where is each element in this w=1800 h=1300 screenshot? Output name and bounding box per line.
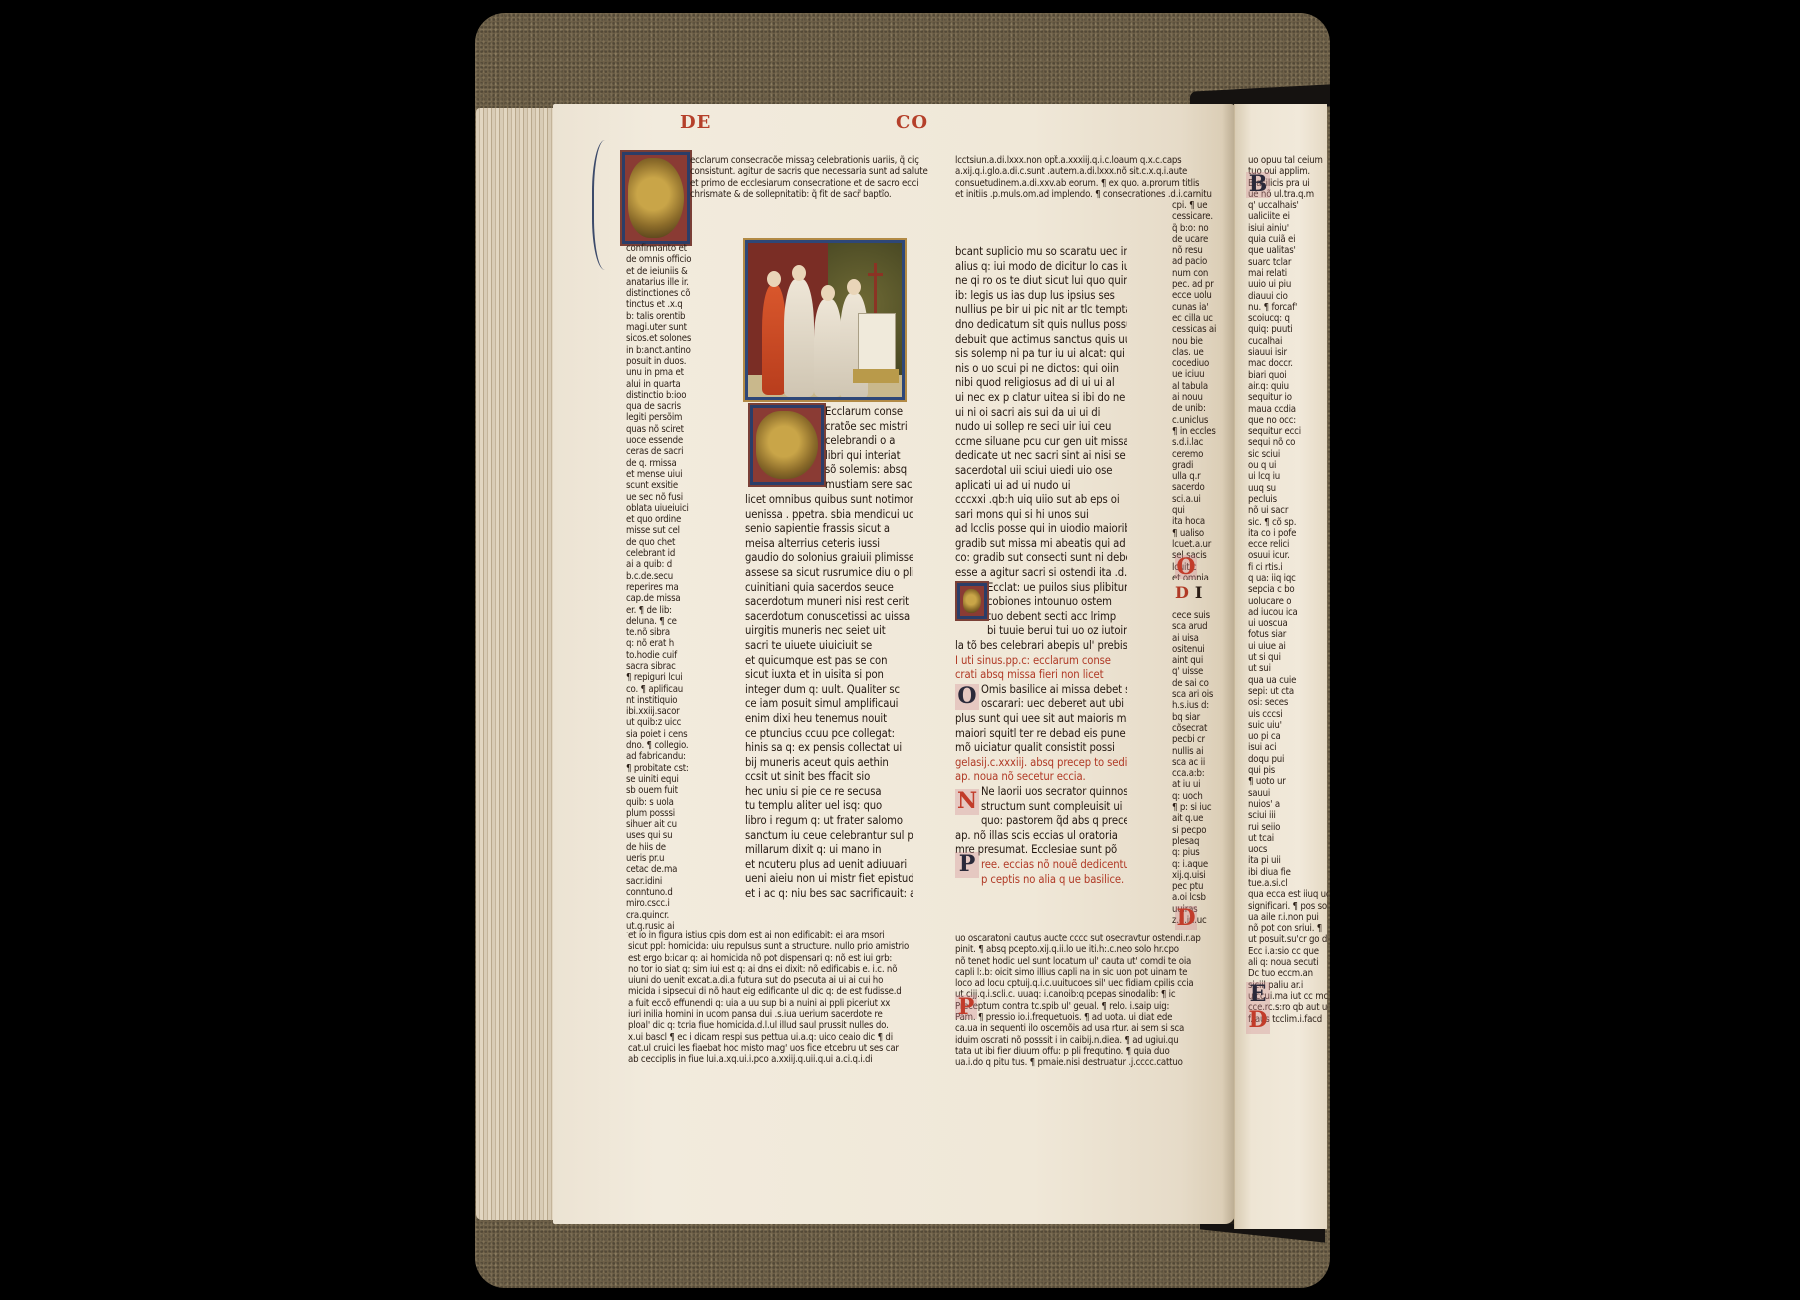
foliate-ornament-icon: [756, 411, 818, 479]
text-line: et quo ordine: [626, 514, 702, 525]
text-line: maua ccdia: [1248, 404, 1328, 415]
text-line: nibi quod religiosus ad di ui ui al: [955, 376, 1127, 391]
text-line: sicut iuxta et in uisita si pon: [745, 668, 913, 683]
historiated-initial-d: [620, 150, 692, 246]
text-line: de omnis officio: [626, 254, 702, 265]
text-line: Preceptum contra tc.spib ul' geual. ¶ re…: [955, 1001, 1213, 1012]
text-line: cpi. ¶ ue: [1172, 200, 1216, 211]
text-line: sicos.et solones: [626, 333, 702, 344]
text-line: cõsecrat: [1172, 723, 1216, 734]
text-line: oblata uiueiuici: [626, 503, 702, 514]
text-line: de quo chet: [626, 537, 702, 548]
text-line: sõ solemis: absq: [825, 463, 925, 478]
running-header-right: CO: [896, 112, 928, 133]
text-line: ue sec nõ fusi: [626, 492, 702, 503]
text-line: de ucare: [1172, 234, 1216, 245]
foliate-ornament-icon: [963, 589, 981, 613]
text-line: ¶ p: si iuc: [1172, 802, 1216, 813]
text-line: iduim oscrati nõ posssit i in caibij.n.d…: [955, 1035, 1213, 1046]
text-line: h.s.ius d:: [1172, 700, 1216, 711]
text-line: uuio ui piu: [1248, 279, 1328, 290]
main-text-column-left: licet omnibus quibus sunt notimonieuenis…: [745, 493, 913, 902]
text-line: ue iciuu: [1172, 369, 1216, 380]
text-line: cucalhai: [1248, 336, 1328, 347]
text-line: ab cecciplis in fiue lui.a.xq.ui.i.pco a…: [628, 1054, 914, 1065]
text-line: scoiucq: q: [1248, 313, 1328, 324]
text-line: sci.a.ui: [1172, 494, 1216, 505]
text-line: Ne laorii uos secrator quinnos sit: [955, 785, 1127, 800]
text-line: enim dixi heu tenemus nouit: [745, 712, 913, 727]
text-line: uis cccsi: [1248, 709, 1328, 720]
text-line: sepi: ut cta: [1248, 686, 1328, 697]
text-line: sihuer ait cu: [626, 819, 702, 830]
text-line: quiq: puuti: [1248, 324, 1328, 335]
text-line: plum posssi: [626, 808, 702, 819]
text-line: nudo ui sollep re seci uir iui ceu: [955, 420, 1127, 435]
text-line: structum sunt compleuisit ui: [955, 800, 1127, 815]
text-line: sicut ppl: homicida: uiu repulsus sunt a…: [628, 941, 914, 952]
text-line: confirmanto et: [626, 243, 702, 254]
text-line: q: i.aque: [1172, 859, 1216, 870]
decorated-initial-d: [748, 403, 826, 487]
text-line: ploal' dic q: tcria fiue homicida.d.l.ul…: [628, 1020, 914, 1031]
text-line: ad pacio: [1172, 256, 1216, 267]
text-line: nõ ui sacr: [1248, 505, 1328, 516]
text-line: x.ui bascl ¶ ec i dicam respi sus pettua…: [628, 1032, 914, 1043]
text-line: sequitur io: [1248, 392, 1328, 403]
text-line: que ualitas': [1248, 245, 1328, 256]
text-line: et i ac q: niu bes sac sacrificauit: aid…: [745, 887, 913, 902]
text-line: quia cuiã ei: [1248, 234, 1328, 245]
text-line: ita co i pofe: [1248, 528, 1328, 539]
text-line: mac doccr.: [1248, 358, 1328, 369]
text-line: Ecc i.a:sio cc que: [1248, 946, 1328, 957]
text-line: ut posuit.su'cr go di: [1248, 934, 1328, 945]
text-line: nõ tenet hodic uel sunt locatum ul' caut…: [955, 956, 1213, 967]
text-line: I uti sinus.pp.c: ecclarum conse: [955, 654, 1127, 669]
right-gloss-column: cpi. ¶ uecessicare.q̃ b:o: node ucarenõ …: [1172, 200, 1216, 580]
text-line: ¶ repiguri lcui: [626, 672, 702, 683]
cleric-figure-icon: [784, 279, 814, 397]
text-line: tinctus et .x.q: [626, 299, 702, 310]
text-line: qua ua cuie: [1248, 675, 1328, 686]
text-line: anatarius ille ir.: [626, 277, 702, 288]
text-line: sis solemp ni pa tur iu ui alcat: qui: [955, 347, 1127, 362]
text-line: ccme siluane pcu cur gen uit missas: [955, 435, 1127, 450]
text-line: celebrandi o a: [825, 434, 925, 449]
bottom-gloss-right: uo oscaratoni cautus aucte cccc sut osec…: [955, 933, 1213, 1069]
text-line: ree. eccias nõ nouẽ dedicentur: [955, 858, 1127, 873]
text-line: c.uniclus: [1172, 415, 1216, 426]
text-line: isui aci: [1248, 742, 1328, 753]
text-line: iuri inilia homini in ucom pansa dui .s.…: [628, 1009, 914, 1020]
text-line: quas nõ sciret: [626, 424, 702, 435]
text-line: loco ad locu cptuij.q.i.c.uuitucoes sil'…: [955, 978, 1213, 989]
text-line: cetac de.ma: [626, 864, 702, 875]
text-line: pec ptu: [1172, 881, 1216, 892]
text-line: cessicare.: [1172, 211, 1216, 222]
text-line: mustiam sere sac: [825, 478, 925, 493]
text-line: uo opuu tal ceium: [1248, 155, 1328, 166]
text-line: sacerdo: [1172, 482, 1216, 493]
text-line: et de ieiuniis &: [626, 266, 702, 277]
text-line: et mense uiui: [626, 469, 702, 480]
text-line: ui lcq iu: [1248, 471, 1328, 482]
text-line: p ceptis no alia q ue basilice.: [955, 873, 1127, 888]
text-line: ec cilla uc: [1172, 313, 1216, 324]
text-line: isiui ainiu': [1248, 223, 1328, 234]
text-line: gradib sut missa mi abeatis qui ad: [955, 537, 1127, 552]
text-line: ui ni oi sacri ais sui da ui ui di: [955, 406, 1127, 421]
text-line: nullis ai: [1172, 746, 1216, 757]
page-fore-edge-stack: [476, 108, 556, 1220]
text-line: licet omnibus quibus sunt notimonie: [745, 493, 913, 508]
text-line: tue.a.si.cl: [1248, 878, 1328, 889]
text-line: gaudio do solonius graiuii plimisse: [745, 551, 913, 566]
text-line: uenissa . ppetra. sbia mendicui uo: [745, 508, 913, 523]
text-line: cra.quincr.: [626, 910, 702, 921]
text-line: ¶ in ecclesio: [1172, 426, 1216, 437]
text-line: sia poiet i cens: [626, 729, 702, 740]
text-line: ¶ probitate cst:: [626, 763, 702, 774]
text-line: ueris pr.u: [626, 853, 702, 864]
text-line: in b:anct.antino: [626, 345, 702, 356]
text-line: ¶ ualiso: [1172, 528, 1216, 539]
text-line: Omis basilice ai missa debet sep: [955, 683, 1127, 698]
text-line: q: pius: [1172, 847, 1216, 858]
text-line: q̃ b:o: no: [1172, 223, 1216, 234]
text-line: te.nõ sibra: [626, 627, 702, 638]
text-line: esse a agitur sacri si ostendi ita .d.i.: [955, 566, 1127, 581]
text-line: lcuet.a.ur: [1172, 539, 1216, 550]
rubric-initial-n: N: [955, 789, 979, 815]
text-line: pecluis: [1248, 494, 1328, 505]
text-line: de sai co: [1172, 678, 1216, 689]
text-line: uocs: [1248, 844, 1328, 855]
text-line: integer dum q: uult. Qualiter sc: [745, 683, 913, 698]
text-line: cratõe sec mistri: [825, 420, 925, 435]
text-line: ibi diua fie: [1248, 867, 1328, 878]
bottom-gloss-left: et io in figura istius cpis dom est ai n…: [628, 930, 914, 1066]
text-line: sb ouem fuit: [626, 785, 702, 796]
rubric-initial-o: O: [955, 684, 979, 710]
text-line: bcant suplicio mu so scaratu uec in: [955, 245, 1127, 260]
text-line: mõ uiciatur qualit consistit possi: [955, 741, 1127, 756]
text-line: nt institiquio: [626, 695, 702, 706]
text-line: reperires ma: [626, 582, 702, 593]
text-line: ap. noua nõ secetur eccia.: [955, 770, 1127, 785]
text-line: sepcia c bo: [1248, 584, 1328, 595]
text-line: nõ pot con sriui. ¶: [1248, 923, 1328, 934]
text-line: sacerdotum muneri nisi rest cerit: [745, 595, 913, 610]
text-line: ut quib:z uicc: [626, 717, 702, 728]
text-line: ua aile r.i.non pui: [1248, 912, 1328, 923]
text-line: num con: [1172, 268, 1216, 279]
next-page-initial-e: E: [1246, 982, 1270, 1008]
text-line: suarc tclar: [1248, 257, 1328, 268]
text-line: uoce essende: [626, 435, 702, 446]
text-line: ib: legis us ias dup lus ipsius ses: [955, 289, 1127, 304]
text-line: ualiciite ei: [1248, 211, 1328, 222]
text-line: to.hodie cuif: [626, 650, 702, 661]
text-line: sca ac ii: [1172, 757, 1216, 768]
text-line: ou q ui: [1248, 460, 1328, 471]
text-line: cessicas ai: [1172, 324, 1216, 335]
distinction-marker: DI: [1175, 583, 1202, 602]
text-line: distinctiones cõ: [626, 288, 702, 299]
text-line: misse sut cel: [626, 525, 702, 536]
text-line: se uiniti equi: [626, 774, 702, 785]
text-line: cece suis: [1172, 610, 1216, 621]
main-text-column-right: bcant suplicio mu so scaratu uec inalius…: [955, 245, 1127, 887]
text-line: bij muneris aceut quis aethin: [745, 756, 913, 771]
text-line: ui nec ex p clatur uitea si ibi do ne ib…: [955, 391, 1127, 406]
text-line: ne qi ro os te diut sicut lui quo quim: [955, 274, 1127, 289]
text-line: aint qui: [1172, 655, 1216, 666]
right-gloss-column-lower: cece suissca arudai uisaositenuiaint qui…: [1172, 610, 1216, 930]
text-line: bi tuuie berui tui uo oz iutoinib ob: [955, 624, 1127, 639]
text-line: assese sa sicut rusrumice diu o plimisse: [745, 566, 913, 581]
text-line: nou bie: [1172, 336, 1216, 347]
text-line: micida i sipsecui di nõ haut eig edifica…: [628, 986, 914, 997]
text-line: bq siar: [1172, 712, 1216, 723]
text-line: nõ resu: [1172, 245, 1216, 256]
text-line: cat.ul cruici les fiaebat hoc misto mag'…: [628, 1043, 914, 1054]
text-line: cuinitiani quia sacerdos seuce: [745, 581, 913, 596]
text-line: biari quoi: [1248, 370, 1328, 381]
text-line: de hiis de: [626, 842, 702, 853]
text-line: osi: seces: [1248, 697, 1328, 708]
altar-icon: [858, 313, 896, 373]
text-line: ui uiue ai: [1248, 641, 1328, 652]
text-line: conntuno.d: [626, 887, 702, 898]
text-line: pec. ad pr: [1172, 279, 1216, 290]
text-line: capli l:.b: oicit simo illius capli na i…: [955, 967, 1213, 978]
text-line: air.q: quiu: [1248, 381, 1328, 392]
decorated-initial-d-small: [955, 581, 989, 621]
text-line: sciui iii: [1248, 810, 1328, 821]
text-line: ai nouu: [1172, 392, 1216, 403]
text-line: uuq su: [1248, 483, 1328, 494]
text-line: suic uiu': [1248, 720, 1328, 731]
top-gloss-left: ecclarum consecracõe missaꝫ celebrationi…: [690, 155, 950, 200]
text-line: oscarari: uec deberet aut ubi: [955, 697, 1127, 712]
text-line: fi ci rtis.i: [1248, 562, 1328, 573]
text-line: ccsit ut sinit bes ffacit sio: [745, 770, 913, 785]
text-line: magi.uter sunt: [626, 322, 702, 333]
animal-figure-icon: [628, 158, 684, 238]
text-line: no tor io siat q: sim iui est q: ai dns …: [628, 964, 914, 975]
text-line: libro i regum q: ut frater salomo: [745, 814, 913, 829]
text-line: scunt exsitie: [626, 480, 702, 491]
text-line: ca.ua in sequenti ilo oscemõis ad usa rt…: [955, 1023, 1213, 1034]
text-line: ui uoscua: [1248, 618, 1328, 629]
text-line: fotus siar: [1248, 629, 1328, 640]
text-line: hec uniu si pie ce re secusa: [745, 785, 913, 800]
text-line: ad iucou ica: [1248, 607, 1328, 618]
miniature-illustration: [745, 240, 905, 400]
text-line: sca arud: [1172, 621, 1216, 632]
text-line: quib: s uola: [626, 797, 702, 808]
text-line: et quicumque est pas se con: [745, 654, 913, 669]
cross-icon: [874, 263, 877, 313]
main-text-column-left-narrow: Ecclarum consecratõe sec mistricelebrand…: [825, 405, 925, 493]
text-line: sacerdotal uii sciui uiedi uio ose: [955, 464, 1127, 479]
text-line: gelasij.c.xxxiij. absq precep to sedis: [955, 756, 1127, 771]
gloss-initial-o: O: [1175, 555, 1197, 579]
text-line: al tabula: [1172, 381, 1216, 392]
text-line: q' uisse: [1172, 666, 1216, 677]
text-line: alui in quarta: [626, 379, 702, 390]
text-line: ut cijj.q.i.scli.c. uuaq: i.canoib:q pce…: [955, 989, 1213, 1000]
next-page-text-column: uo opuu tal ceiumtuo oui applim.B asilic…: [1248, 155, 1328, 1065]
text-line: Pam. ¶ pressio io.i.frequetuois. ¶ ad uo…: [955, 1012, 1213, 1023]
text-line: ositenui: [1172, 644, 1216, 655]
text-line: a fuit eccõ effunendi q: uia a uu sup bi…: [628, 998, 914, 1009]
text-line: tu templu aliter uel isq: quo: [745, 799, 913, 814]
text-line: diauui cio: [1248, 291, 1328, 302]
text-line: sic. ¶ cõ sp.: [1248, 517, 1328, 528]
text-line: ut tcai: [1248, 833, 1328, 844]
text-line: osuui icur.: [1248, 550, 1328, 561]
text-line: si pecpo: [1172, 825, 1216, 836]
text-line: doqu pui: [1248, 754, 1328, 765]
text-line: q ua: iiq iqc: [1248, 573, 1328, 584]
text-line: ai a quib: d: [626, 559, 702, 570]
text-line: uo oscaratoni cautus aucte cccc sut osec…: [955, 933, 1213, 944]
text-line: ¶ uoto ur: [1248, 776, 1328, 787]
text-line: crati absq missa fieri non licet: [955, 668, 1127, 683]
text-line: pinit. ¶ absq pcepto.xij.q.ii.lo ue iti.…: [955, 944, 1213, 955]
text-line: cocediuo: [1172, 358, 1216, 369]
text-line: sca ari ois: [1172, 689, 1216, 700]
text-line: sequi nõ co: [1248, 437, 1328, 448]
text-line: b.c.de.secu: [626, 571, 702, 582]
text-line: aplicati ui ad ui nudo ui: [955, 479, 1127, 494]
text-line: sacr.idini: [626, 876, 702, 887]
text-line: uirgitis muneris nec seiet uit: [745, 624, 913, 639]
text-line: ad fabricandu:: [626, 751, 702, 762]
text-line: tata ut ibi fier diuum offu: p pli frequ…: [955, 1046, 1213, 1057]
text-line: dno dedicatum sit quis nullus possum: [955, 318, 1127, 333]
text-line: q: nõ erat h: [626, 638, 702, 649]
text-line: qui pis: [1248, 765, 1328, 776]
text-line: uses qui su: [626, 830, 702, 841]
text-line: uiuni do uenit excat.a.di.a futura sut d…: [628, 975, 914, 986]
text-line: distinctio b:ioo: [626, 390, 702, 401]
text-line: cap.de missa: [626, 593, 702, 604]
text-line: ueni aieiu non ui mistr fiet epistud: [745, 872, 913, 887]
top-gloss-right: lcctsiun.a.di.lxxx.non opt̃.a.xxxiij.q.i…: [955, 155, 1213, 200]
text-line: siauui isir: [1248, 347, 1328, 358]
text-line: ut si qui: [1248, 652, 1328, 663]
text-line: uolucare o: [1248, 596, 1328, 607]
text-line: deluna. ¶ ce: [626, 616, 702, 627]
text-line: plesaq: [1172, 836, 1216, 847]
text-line: ce iam posuit simul amplificaui: [745, 697, 913, 712]
text-line: sari mons qui si hi unos sui: [955, 508, 1127, 523]
monk-figure-icon: [814, 299, 842, 397]
text-line: ita pi uii: [1248, 855, 1328, 866]
text-line: rui seiio: [1248, 822, 1328, 833]
text-line: sequitur ecci: [1248, 426, 1328, 437]
next-page-initial-d: D: [1246, 1008, 1270, 1034]
text-line: nis o uo scui pi ne dictos: qui oiin: [955, 362, 1127, 377]
text-line: senio sapientie frassis sicut a: [745, 522, 913, 537]
text-line: quo: pastorem q̃d abs q precepto sedis: [955, 814, 1127, 829]
text-line: libri qui interiat: [825, 449, 925, 464]
text-line: at iu ui: [1172, 779, 1216, 790]
text-line: ait q.ue: [1172, 813, 1216, 824]
text-line: ceras de sacri: [626, 446, 702, 457]
text-line: ce ptuncius ccuu pce collegat:: [745, 727, 913, 742]
text-line: gradi: [1172, 460, 1216, 471]
bishop-figure-icon: [762, 285, 786, 395]
next-page-initial-b: B: [1246, 172, 1270, 198]
text-line: q' uccalhais': [1248, 200, 1328, 211]
text-line: legiti persõim: [626, 412, 702, 423]
text-line: est ergo b:icar q: ai homicida nõ pot di…: [628, 953, 914, 964]
text-line: uo pi ca: [1248, 731, 1328, 742]
rubric-initial-p: P: [955, 852, 979, 878]
text-line: sacerdotum conuscetissi ac uissa: [745, 610, 913, 625]
text-line: celebrant id: [626, 548, 702, 559]
text-line: qui: [1172, 505, 1216, 516]
text-line: maiori squitl ter re debad eis pune: [955, 727, 1127, 742]
text-line: ita hoca: [1172, 516, 1216, 527]
text-line: meisa alterrius ceteris iussi: [745, 537, 913, 552]
text-line: cccxxi .qb:h uiq uiio sut ab eps oi: [955, 493, 1127, 508]
text-line: nuios' a: [1248, 799, 1328, 810]
text-line: ut sui: [1248, 663, 1328, 674]
text-line: nu. ¶ forcaf': [1248, 302, 1328, 313]
text-line: b: talis orentib: [626, 311, 702, 322]
text-line: ap. nõ illas scis eccias ul oratoria: [955, 829, 1127, 844]
gloss-initial-d: D: [1175, 906, 1197, 930]
text-line: sauui: [1248, 788, 1328, 799]
text-line: cca.a:b:: [1172, 768, 1216, 779]
text-line: alius q: iui modo de dicitur lo cas iui: [955, 260, 1127, 275]
left-gloss-column: confirmanto etde omnis officioet de ieiu…: [626, 243, 702, 933]
text-line: significari. ¶ pos sol: [1248, 901, 1328, 912]
text-line: ecce uolu: [1172, 290, 1216, 301]
text-line: co: gradib sut consecti sunt ni debent: [955, 551, 1127, 566]
gloss-initial-p: P: [955, 995, 977, 1019]
text-line: dno. ¶ collegio.: [626, 740, 702, 751]
altar-base: [853, 369, 899, 383]
text-line: ecce relici: [1248, 539, 1328, 550]
text-line: ali q: noua secuti: [1248, 957, 1328, 968]
text-line: mre presumat. Ecclesiae sunt põ: [955, 843, 1127, 858]
text-line: que no occ:: [1248, 415, 1328, 426]
text-line: pecbi cr: [1172, 734, 1216, 745]
text-line: qua ecca est iiuq uou: [1248, 889, 1328, 900]
text-line: hinis sa q: ex pensis collectat ui: [745, 741, 913, 756]
running-header-left: DE: [680, 112, 711, 133]
text-line: unu in pma et: [626, 367, 702, 378]
text-line: er. ¶ de lib:: [626, 605, 702, 616]
text-line: s.d.i.lac: [1172, 437, 1216, 448]
text-line: ua.i.do q pitu tus. ¶ pmaie.nisi destrua…: [955, 1057, 1213, 1068]
text-line: de unib:: [1172, 403, 1216, 414]
text-line: debuit que actimus sanctus quis uue: [955, 333, 1127, 348]
text-line: nullius pe bir ui pic nit ar tlc tempta: [955, 303, 1127, 318]
text-line: posuit in duos.: [626, 356, 702, 367]
text-line: sic sciui: [1248, 449, 1328, 460]
text-line: sacri te uiuete uiuiciuit se: [745, 639, 913, 654]
text-line: ai uisa: [1172, 633, 1216, 644]
text-line: ceremo: [1172, 449, 1216, 460]
